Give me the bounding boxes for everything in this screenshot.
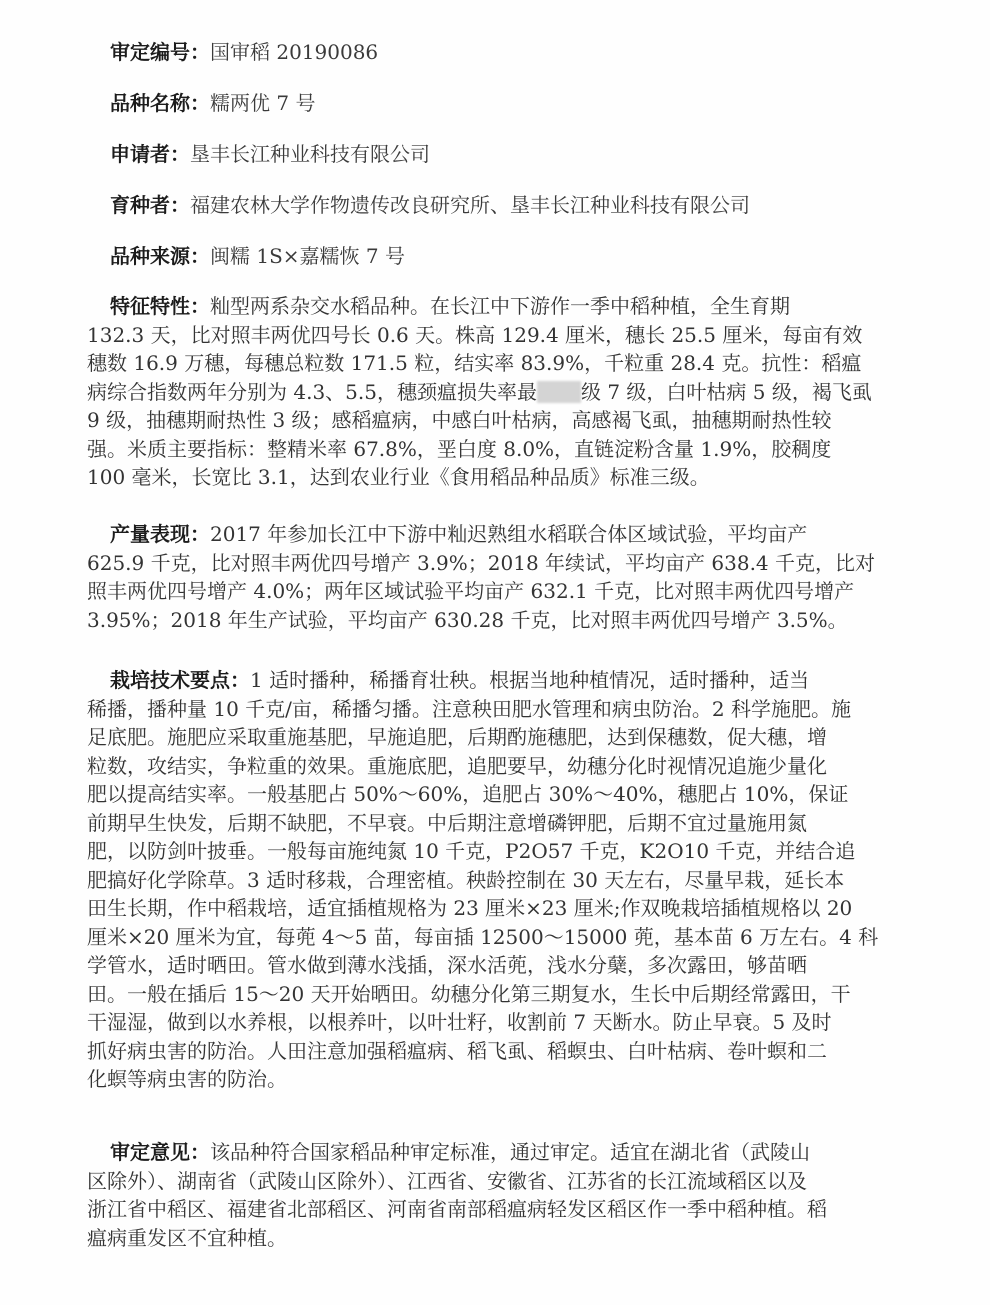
section-yield: 产量表现：2017 年参加长江中下游中籼迟熟组水稻联合体区域试验，平均亩产 62… [87,520,937,634]
paragraph-line: 强。米质主要指标：整精米率 67.8%，垩白度 8.0%，直链淀粉含量 1.9%… [87,435,937,464]
paragraph-line: 前期早生快发，后期不缺肥，不早衰。中后期注意增磷钾肥，后期不宜过量施用氮 [87,809,937,838]
paragraph-line: 625.9 千克，比对照丰两优四号增产 3.9%；2018 年续试，平均亩产 6… [87,549,937,578]
field-variety-source: 品种来源：闽糯 1S×嘉糯恢 7 号 [110,243,405,269]
paragraph-line: 田生长期，作中稻栽培，适宜插植规格为 23 厘米×23 厘米;作双晚栽培插植规格… [87,894,937,923]
paragraph-line: 浙江省中稻区、福建省北部稻区、河南省南部稻瘟病轻发区稻区作一季中稻种植。稻 [87,1195,937,1224]
paragraph-line: 肥，以防剑叶披垂。一般每亩施纯氮 10 千克，P2O57 千克，K2O10 千克… [87,837,937,866]
paragraph-line: 足底肥。施肥应采取重施基肥，早施追肥，后期酌施穗肥，达到保穗数，促大穗，增 [87,723,937,752]
section-characteristics: 特征特性：籼型两系杂交水稻品种。在长江中下游作一季中稻种植，全生育期 132.3… [87,292,937,492]
field-breeder: 育种者：福建农林大学作物遗传改良研究所、垦丰长江种业科技有限公司 [110,192,750,218]
paragraph-line: 9 级，抽穗期耐热性 3 级；感稻瘟病，中感白叶枯病，高感褐飞虱，抽穗期耐热性较 [87,406,937,435]
paragraph-line: 特征特性：籼型两系杂交水稻品种。在长江中下游作一季中稻种植，全生育期 [87,292,937,321]
paragraph-line: 132.3 天，比对照丰两优四号长 0.6 天。株高 129.4 厘米，穗长 2… [87,321,937,350]
paragraph-line: 稀播，播种量 10 千克/亩，稀播匀播。注意秧田肥水管理和病虫防治。2 科学施肥… [87,695,937,724]
field-label: 育种者： [110,193,190,217]
paragraph-line: 肥以提高结实率。一般基肥占 50%～60%，追肥占 30%～40%，穗肥占 10… [87,780,937,809]
paragraph-line: 3.95%；2018 年生产试验，平均亩产 630.28 千克，比对照丰两优四号… [87,606,937,635]
document-page: 审定编号：国审稻 20190086 品种名称：糯两优 7 号 申请者：垦丰长江种… [0,0,990,1305]
paragraph-line: 肥搞好化学除草。3 适时移栽，合理密植。秧龄控制在 30 天左右，尽量早栽，延长… [87,866,937,895]
section-label: 栽培技术要点： [110,668,250,692]
field-label: 申请者： [110,142,190,166]
field-value: 糯两优 7 号 [210,91,315,115]
field-label: 品种名称： [110,91,210,115]
field-value: 闽糯 1S×嘉糯恢 7 号 [210,244,405,268]
section-label: 产量表现： [110,522,210,546]
section-cultivation: 栽培技术要点：1 适时播种，稀播育壮秧。根据当地种植情况，适时播种，适当 稀播，… [87,666,937,1094]
paragraph-line: 田。一般在插后 15～20 天开始晒田。幼穗分化第三期复水，生长中后期经常露田，… [87,980,937,1009]
field-applicant: 申请者：垦丰长江种业科技有限公司 [110,141,430,167]
section-label: 特征特性： [110,294,210,318]
paragraph-line: 区除外）、湖南省（武陵山区除外）、江西省、安徽省、江苏省的长江流域稻区以及 [87,1167,937,1196]
paragraph-line: 学管水，适时晒田。管水做到薄水浅插，深水活蔸，浅水分蘖，多次露田，够苗晒 [87,951,937,980]
paragraph-line: 产量表现：2017 年参加长江中下游中籼迟熟组水稻联合体区域试验，平均亩产 [87,520,937,549]
paragraph-line: 厘米×20 厘米为宜，每蔸 4～5 苗，每亩插 12500～15000 蔸，基本… [87,923,937,952]
field-label: 审定编号： [110,40,210,64]
field-value: 垦丰长江种业科技有限公司 [190,142,430,166]
paragraph-line: 病综合指数两年分别为 4.3、5.5，穗颈瘟损失率最级 7 级，白叶枯病 5 级… [87,378,937,407]
paragraph-line: 干湿湿，做到以水养根，以根养叶，以叶壮籽，收割前 7 天断水。防止早衰。5 及时 [87,1008,937,1037]
field-value: 国审稻 20190086 [210,40,378,64]
paragraph-line: 化螟等病虫害的防治。 [87,1065,937,1094]
section-label: 审定意见： [110,1140,210,1164]
paragraph-line: 审定意见：该品种符合国家稻品种审定标准，通过审定。适宜在湖北省（武陵山 [87,1138,937,1167]
paragraph-line: 100 毫米，长宽比 3.1，达到农业行业《食用稻品种品质》标准三级。 [87,463,937,492]
field-approval-number: 审定编号：国审稻 20190086 [110,39,378,65]
redaction-block [537,381,581,403]
paragraph-line: 栽培技术要点：1 适时播种，稀播育壮秧。根据当地种植情况，适时播种，适当 [87,666,937,695]
field-value: 福建农林大学作物遗传改良研究所、垦丰长江种业科技有限公司 [190,193,750,217]
paragraph-line: 穗数 16.9 万穗，每穗总粒数 171.5 粒，结实率 83.9%，千粒重 2… [87,349,937,378]
paragraph-line: 抓好病虫害的防治。人田注意加强稻瘟病、稻飞虱、稻螟虫、白叶枯病、卷叶螟和二 [87,1037,937,1066]
paragraph-line: 照丰两优四号增产 4.0%；两年区域试验平均亩产 632.1 千克，比对照丰两优… [87,577,937,606]
paragraph-line: 瘟病重发区不宜种植。 [87,1224,937,1253]
section-opinion: 审定意见：该品种符合国家稻品种审定标准，通过审定。适宜在湖北省（武陵山 区除外）… [87,1138,937,1252]
paragraph-line: 粒数，攻结实，争粒重的效果。重施底肥，追肥要早，幼穗分化时视情况追施少量化 [87,752,937,781]
field-variety-name: 品种名称：糯两优 7 号 [110,90,315,116]
field-label: 品种来源： [110,244,210,268]
